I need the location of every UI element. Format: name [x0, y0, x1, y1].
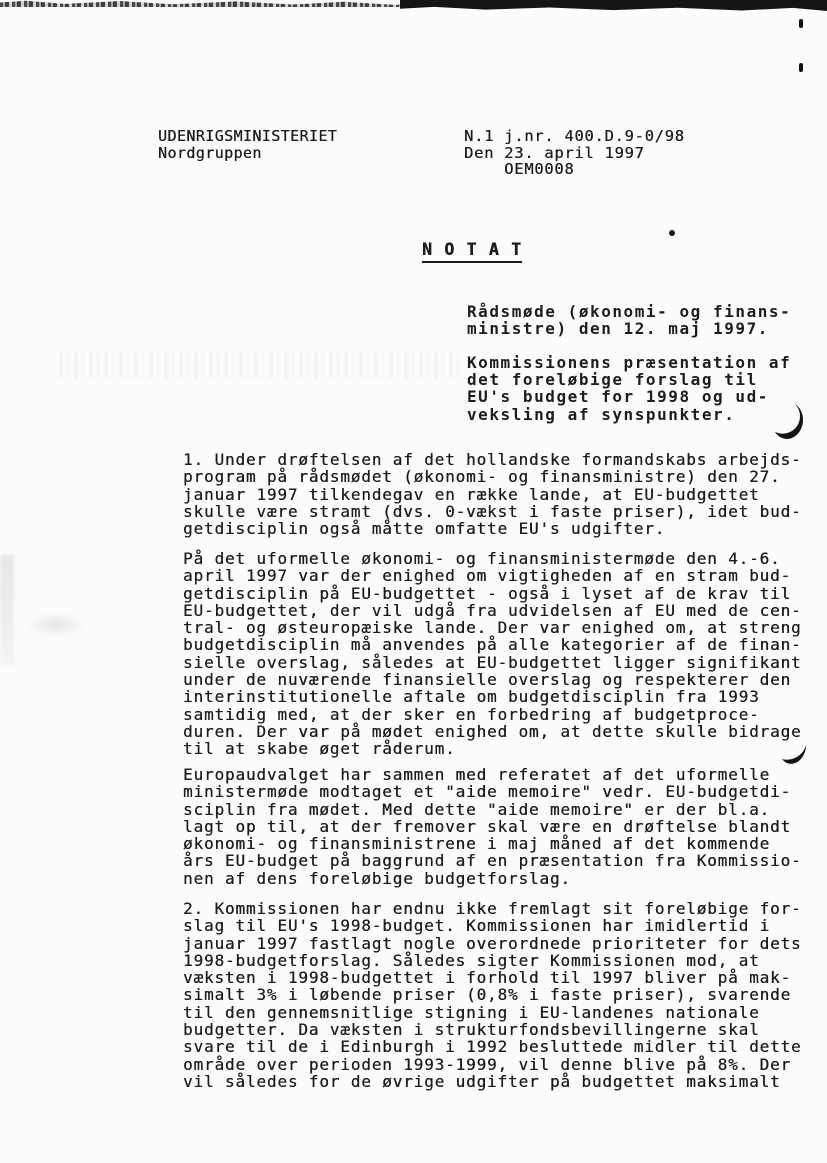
header-organization: UDENRIGSMINISTERIET Nordgruppen	[158, 128, 337, 161]
scan-dot-mark	[669, 230, 675, 236]
body-paragraph-1: 1. Under drøftelsen af det hollandske fo…	[183, 451, 802, 537]
body-paragraph-2: På det uformelle økonomi- og finansminis…	[183, 550, 802, 758]
scanned-document-page: UDENRIGSMINISTERIET Nordgruppen N.1 j.nr…	[0, 0, 827, 1163]
scan-edge-artifact-right	[400, 0, 827, 11]
subject-topic: Kommissionens præsentation af det forelø…	[467, 354, 791, 423]
scan-speck-mark	[799, 63, 803, 72]
document-title: N O T A T	[422, 240, 522, 263]
scan-speck-mark	[799, 19, 803, 28]
body-paragraph-4: 2. Kommissionen har endnu ikke fremlagt …	[183, 900, 802, 1090]
title-wrap: N O T A T	[422, 241, 522, 258]
ghost-text-smudge	[60, 352, 460, 378]
header-reference-block: N.1 j.nr. 400.D.9-0/98 Den 23. april 199…	[464, 128, 685, 178]
scan-edge-artifact-left	[0, 0, 430, 7]
body-paragraph-3: Europaudvalget har sammen med referatet …	[183, 766, 802, 887]
left-margin-smudge	[26, 612, 86, 638]
left-edge-smudge	[0, 555, 14, 665]
subject-meeting: Rådsmøde (økonomi- og finans- ministre) …	[467, 303, 791, 337]
